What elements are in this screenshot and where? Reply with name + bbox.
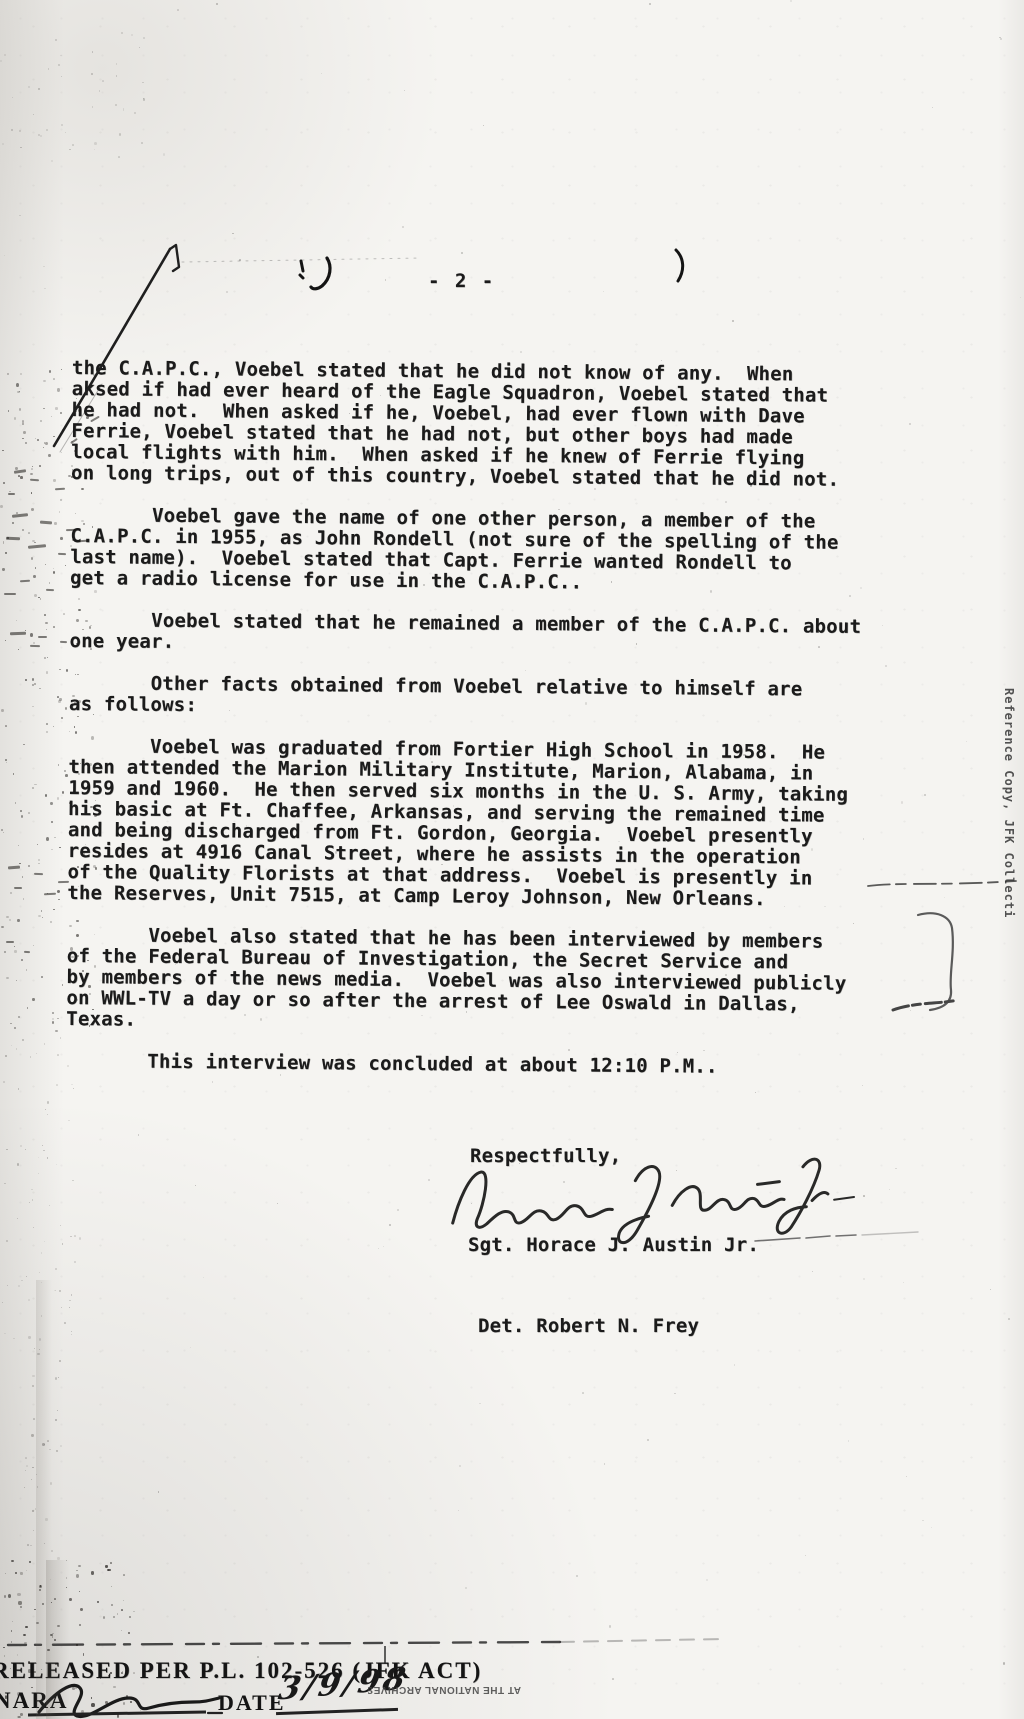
paragraph: Voebel stated that he remained a member … bbox=[69, 610, 861, 659]
date-underline bbox=[276, 1708, 398, 1715]
second-signer-name: Det. Robert N. Frey bbox=[478, 1315, 699, 1337]
signer-name: Sgt. Horace J. Austin Jr. bbox=[468, 1234, 759, 1256]
paragraph: the C.A.P.C., Voebel stated that he did … bbox=[71, 358, 864, 491]
body-text: the C.A.P.C., Voebel stated that he did … bbox=[66, 358, 864, 1100]
document-page: - 2 - the C.A.P.C., Voebel stated that h… bbox=[0, 0, 1024, 1719]
paragraph: Voebel also stated that he has been inte… bbox=[66, 925, 858, 1037]
paragraph: Voebel gave the name of one other person… bbox=[70, 505, 862, 596]
stamp-box-corner bbox=[384, 1646, 386, 1664]
paragraph: Voebel was graduated from Fortier High S… bbox=[67, 736, 860, 911]
paper-streak bbox=[36, 1280, 52, 1719]
page-number: - 2 - bbox=[428, 270, 495, 292]
archives-stamp-text: REPRODUCED AT THE NATIONAL ARCHIVES bbox=[368, 1684, 522, 1695]
archives-stamp-window: REPRODUCED AT THE NATIONAL ARCHIVES bbox=[368, 1684, 522, 1701]
reference-copy-stamp: Reference Copy, JFK Collecti bbox=[1002, 688, 1016, 918]
paragraph: Other facts obtained from Voebel relativ… bbox=[69, 673, 861, 722]
paragraph: This interview was concluded at about 12… bbox=[66, 1051, 858, 1079]
